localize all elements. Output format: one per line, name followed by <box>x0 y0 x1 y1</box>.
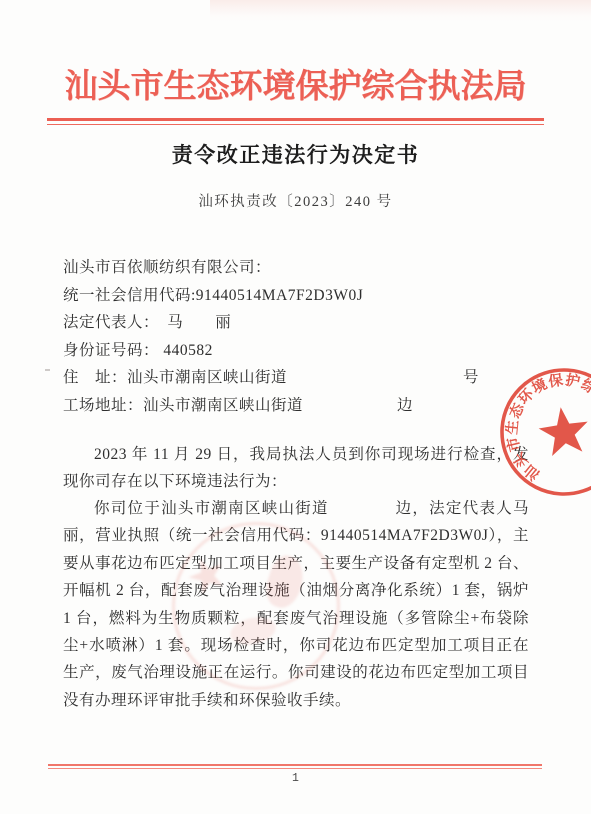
paragraph-inspection: 2023 年 11 月 29 日，我局执法人员到你司现场进行检查，发现你司存在以… <box>63 441 529 496</box>
recipient-company: 汕头市百依顺纺织有限公司： <box>63 254 533 282</box>
address-suffix: 号 <box>463 369 479 386</box>
document-number: 汕环执责改〔2023〕240 号 <box>0 190 591 211</box>
recipient-legal-rep: 法定代表人： 马 丽 <box>63 309 533 337</box>
recipient-info-block: 汕头市百依顺纺织有限公司： 统一社会信用代码:91440514MA7F2D3W0… <box>63 254 533 419</box>
seal-star-icon <box>535 401 591 463</box>
footer-divider-rule <box>48 764 542 769</box>
address-prefix: 住 址：汕头市潮南区峡山街道 <box>63 369 287 386</box>
factory-address-redaction-gap <box>303 409 397 410</box>
letterhead-divider-rule <box>47 118 544 125</box>
address-redaction-gap <box>287 381 463 382</box>
recipient-credit-code: 统一社会信用代码:91440514MA7F2D3W0J <box>63 282 533 310</box>
scan-speck-artifact <box>45 369 50 371</box>
findings-redaction-gap <box>329 512 395 513</box>
factory-address-prefix: 工场地址：汕头市潮南区峡山街道 <box>63 397 303 414</box>
findings-part2: 边，法定代表人马 丽，营业执照（统一社会信用代码：91440514MA7F2D3… <box>63 500 545 709</box>
factory-address-suffix: 边 <box>397 397 413 414</box>
recipient-factory-address: 工场地址：汕头市潮南区峡山街道边 <box>63 392 533 420</box>
recipient-address: 住 址：汕头市潮南区峡山街道号 <box>63 364 533 392</box>
paragraph-findings: 你司位于汕头市潮南区峡山街道边，法定代表人马 丽，营业执照（统一社会信用代码：9… <box>63 495 529 714</box>
findings-part1: 你司位于汕头市潮南区峡山街道 <box>94 500 329 517</box>
document-title: 责令改正违法行为决定书 <box>0 139 591 169</box>
agency-letterhead: 汕头市生态环境保护综合执法局 <box>0 60 591 107</box>
document-page: 汕头市生态环境保护综合执法局 责令改正违法行为决定书 汕环执责改〔2023〕24… <box>0 0 591 814</box>
page-number: 1 <box>0 772 591 785</box>
recipient-id-number: 身份证号码： 440582 <box>63 337 533 365</box>
scan-smear-artifact <box>210 0 591 22</box>
